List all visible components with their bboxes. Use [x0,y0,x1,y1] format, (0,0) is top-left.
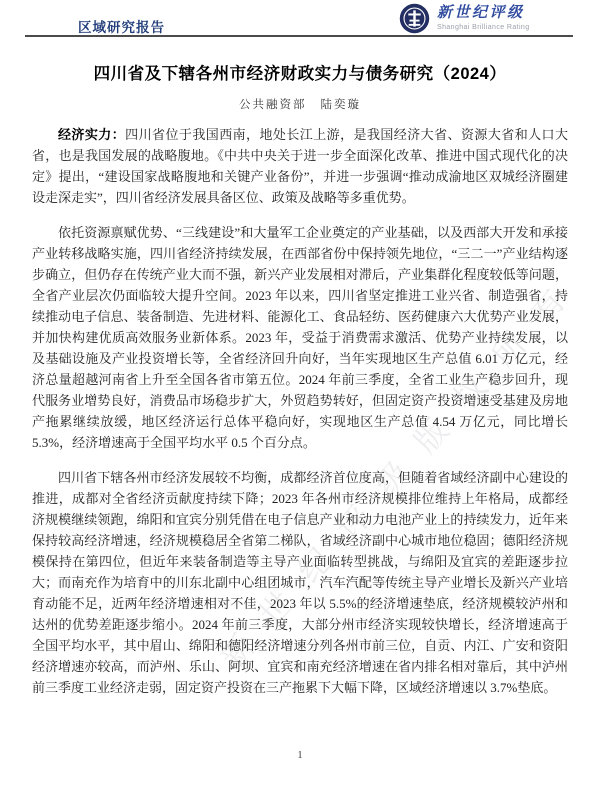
report-page: 区域研究报告 新世纪评级 Shanghai Brilliance Rating … [0,0,600,800]
paragraph-city-comparison: 四川省下辖各州市经济发展较不均衡，成都经济首位度高，但随着省域经济副中心建设的推… [32,467,568,698]
paragraph-industry-base: 依托资源禀赋优势、“三线建设”和大量军工企业奠定的产业基础，以及西部大开发和承接… [32,222,568,453]
byline: 公共融资部陆奕璇 [0,96,600,112]
report-type-label: 区域研究报告 [78,16,165,36]
paragraph-lead-label: 经济实力： [58,127,125,142]
page-number: 1 [0,750,600,761]
report-body: 经济实力：四川省位于我国西南，地处长江上游，是我国经济大省、资源大省和人口大省，… [32,124,568,712]
header-divider [25,35,573,37]
byline-author: 陆奕璇 [321,99,362,111]
brand-logo: 新世纪评级 Shanghai Brilliance Rating [399,3,530,34]
brand-name-en: Shanghai Brilliance Rating [437,24,530,32]
brand-seal-icon [399,3,430,34]
paragraph-economic-strength: 经济实力：四川省位于我国西南，地处长江上游，是我国经济大省、资源大省和人口大省，… [32,124,568,208]
brand-name-cn: 新世纪评级 [437,5,530,22]
page-title: 四川省及下辖各州市经济财政实力与债务研究（2024） [0,60,600,84]
byline-department: 公共融资部 [239,99,307,111]
